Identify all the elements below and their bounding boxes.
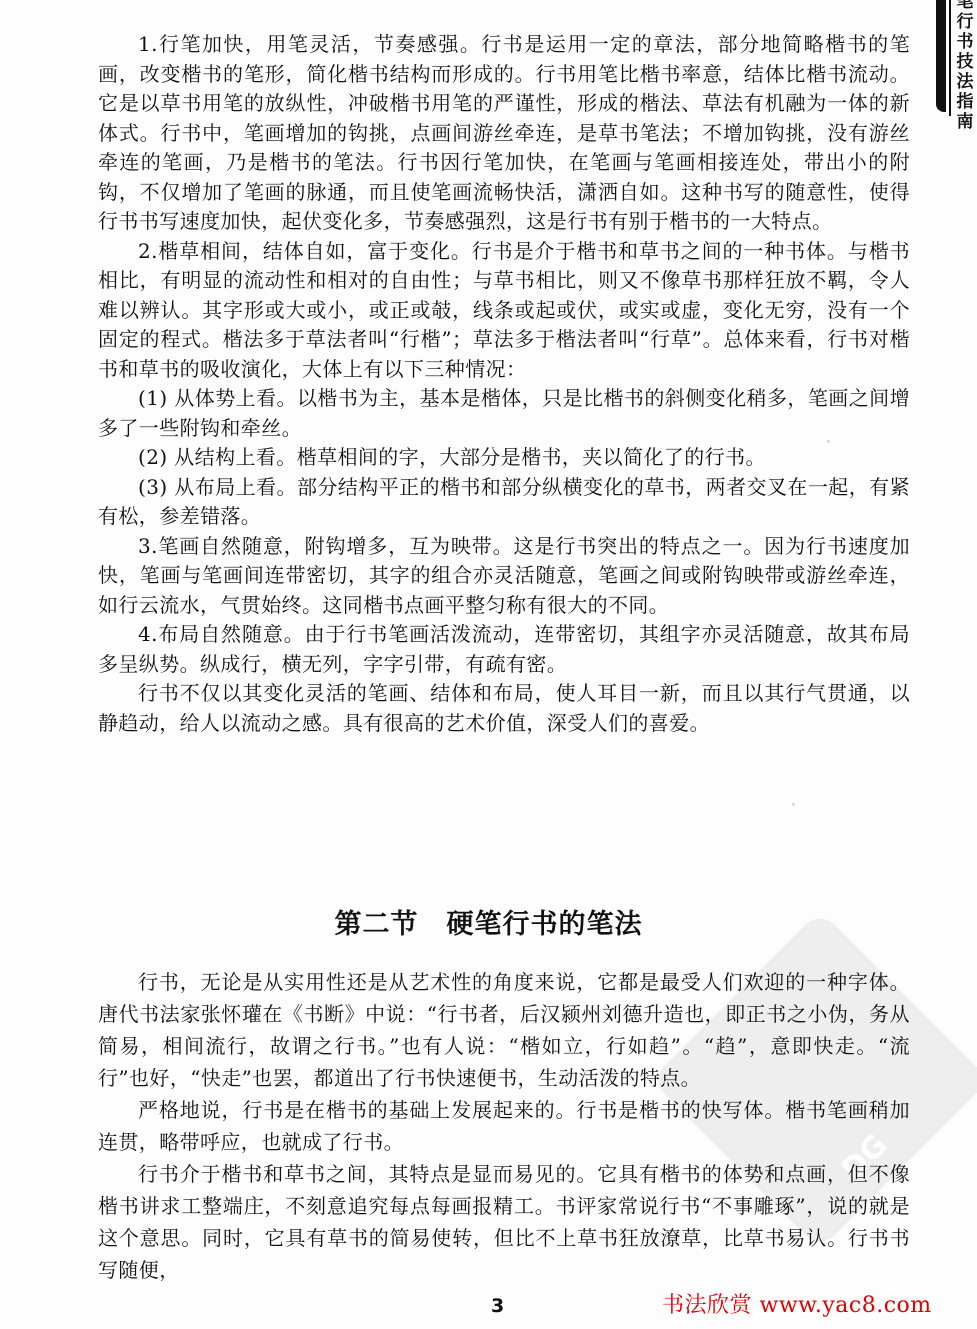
paragraph-origin: 严格地说，行书是在楷书的基础上发展起来的。行书是楷书的快写体。楷书笔画稍加连贯，… (98, 1094, 910, 1158)
paragraph-subpoint-3: (3) 从布局上看。部分结构平正的楷书和部分纵横变化的草书，两者交叉在一起，有紧… (98, 473, 910, 532)
paragraph-point-2: 2.楷草相间，结体自如，富于变化。行书是介于楷书和草书之间的一种书体。与楷书相比… (98, 237, 910, 385)
paragraph-point-3: 3.笔画自然随意，附钩增多，互为映带。这是行书突出的特点之一。因为行书速度加快，… (98, 532, 910, 621)
paragraph-point-1: 1.行笔加快，用笔灵活，节奏感强。行书是运用一定的章法，部分地简略楷书的笔画，改… (98, 30, 910, 237)
page-number: 3 (491, 1295, 504, 1317)
book-page: 笔行书技法指南 1.行笔加快，用笔灵活，节奏感强。行书是运用一定的章法，部分地简… (0, 0, 977, 1329)
paragraph-subpoint-1: (1) 从体势上看。以楷书为主，基本是楷体，只是比楷书的斜侧变化稍多，笔画之间增… (98, 384, 910, 443)
section-pen-technique: 行书，无论是从实用性还是从艺术性的角度来说，它都是最受人们欢迎的一种字体。唐代书… (98, 966, 910, 1286)
chapter-side-tab: 笔行书技法指南 (936, 0, 977, 118)
side-tab-label: 笔行书技法指南 (954, 0, 976, 132)
scan-artifact (827, 440, 830, 443)
site-credit-link[interactable]: 书法欣赏 www.yac8.com (662, 1288, 932, 1319)
side-tab-rule (949, 0, 951, 116)
paragraph-summary: 行书不仅以其变化灵活的笔画、结体和布局，使人耳目一新，而且以其行气贯通，以静趋动… (98, 679, 910, 738)
paragraph-intro: 行书，无论是从实用性还是从艺术性的角度来说，它都是最受人们欢迎的一种字体。唐代书… (98, 966, 910, 1094)
scan-artifact (792, 803, 795, 806)
paragraph-point-4: 4.布局自然随意。由于行书笔画活泼流动，连带密切，其组字亦灵活随意，故其布局多呈… (98, 620, 910, 679)
paragraph-features: 行书介于楷书和草书之间，其特点是显而易见的。它具有楷书的体势和点画，但不像楷书讲… (98, 1158, 910, 1286)
paragraph-subpoint-2: (2) 从结构上看。楷草相间的字，大部分是楷书，夹以简化了的行书。 (98, 443, 910, 473)
section-heading: 第二节 硬笔行书的笔法 (0, 902, 977, 941)
side-tab-bar (936, 0, 946, 112)
section-characteristics: 1.行笔加快，用笔灵活，节奏感强。行书是运用一定的章法，部分地简略楷书的笔画，改… (98, 30, 910, 738)
